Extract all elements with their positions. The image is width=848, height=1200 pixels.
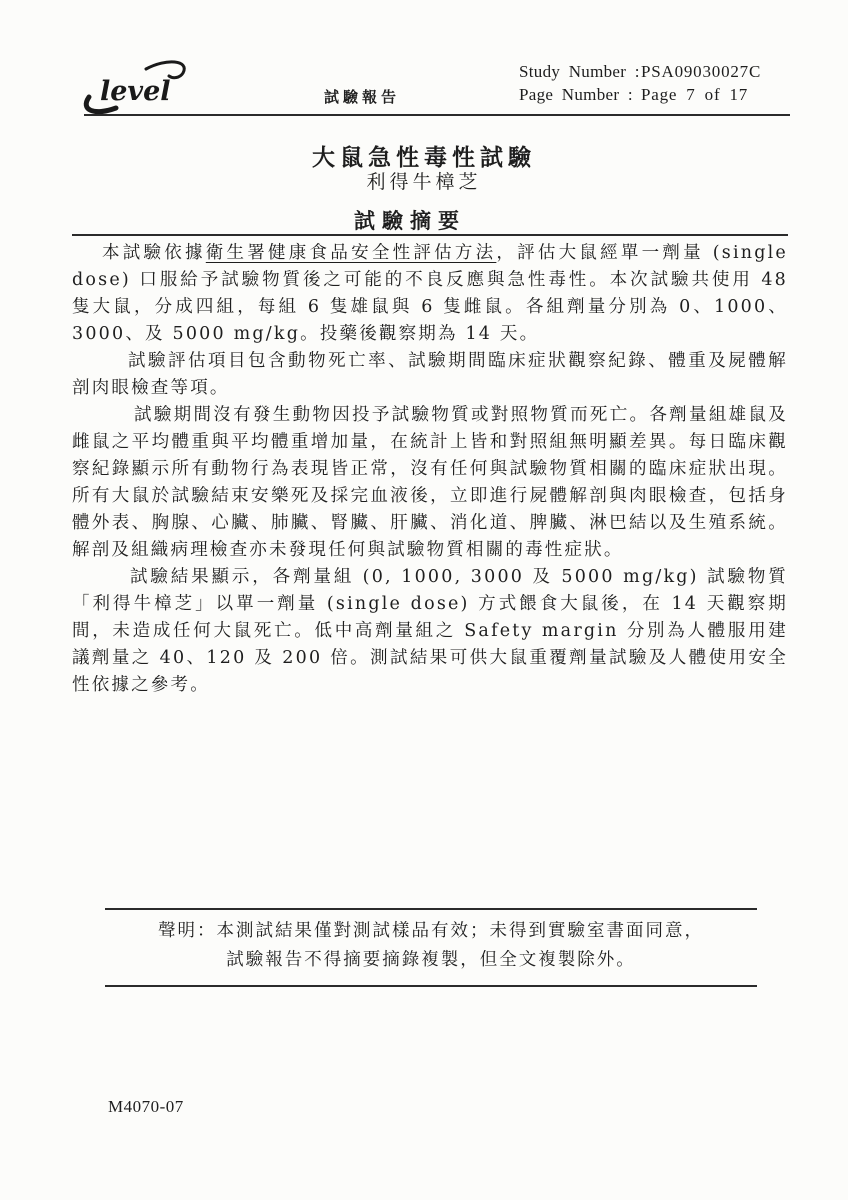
header-divider [84,114,790,116]
disclaimer-line-2: 試驗報告不得摘要摘錄複製，但全文複製除外。 [105,946,757,975]
summary-paragraph-2: 試驗評估項目包含動物死亡率、試驗期間臨床症狀觀察紀錄、體重及屍體解剖肉眼檢查等項… [72,348,788,402]
study-number-row: Study Number : PSA09030027C [519,60,761,83]
report-page: level 試驗報告 Study Number : PSA09030027C P… [0,0,848,1200]
summary-paragraph-4: 試驗結果顯示，各劑量組 (0, 1000, 3000 及 5000 mg/kg)… [72,564,788,699]
section-divider [72,234,788,236]
summary-content: 本試驗依據衛生署健康食品安全性評估方法，評估大鼠經單一劑量 (single do… [72,240,788,699]
report-title: 試驗報告 [287,86,437,107]
summary-paragraph-1: 本試驗依據衛生署健康食品安全性評估方法，評估大鼠經單一劑量 (single do… [72,240,788,348]
page-number-row: Page Number : Page 7 of 17 [519,83,761,106]
logo-text: level [100,76,171,107]
section-heading: 試驗摘要 [0,205,820,235]
study-number-label: Study Number : [519,60,641,83]
disclaimer-line-1: 聲明：本測試結果僅對測試樣品有效；未得到實驗室書面同意， [105,917,757,946]
p1-text-pre: 本試驗依據 [102,243,206,263]
summary-paragraph-3: 試驗期間沒有發生動物因投予試驗物質或對照物質而死亡。各劑量組雄鼠及雌鼠之平均體重… [72,402,788,564]
logo-swoosh-icon: level [78,58,204,122]
document-code: M4070-07 [108,1097,184,1117]
product-name: 利得牛樟芝 [0,167,848,194]
p1-underlined-reference: 衛生署健康食品安全性評估方法 [206,243,497,263]
page-number-value: Page 7 of 17 [641,83,748,106]
level-logo: level [78,58,204,122]
disclaimer-box: 聲明：本測試結果僅對測試樣品有效；未得到實驗室書面同意， 試驗報告不得摘要摘錄複… [105,908,757,987]
study-number-value: PSA09030027C [641,60,761,83]
study-info: Study Number : PSA09030027C Page Number … [519,60,761,106]
page-number-label: Page Number : [519,83,641,106]
